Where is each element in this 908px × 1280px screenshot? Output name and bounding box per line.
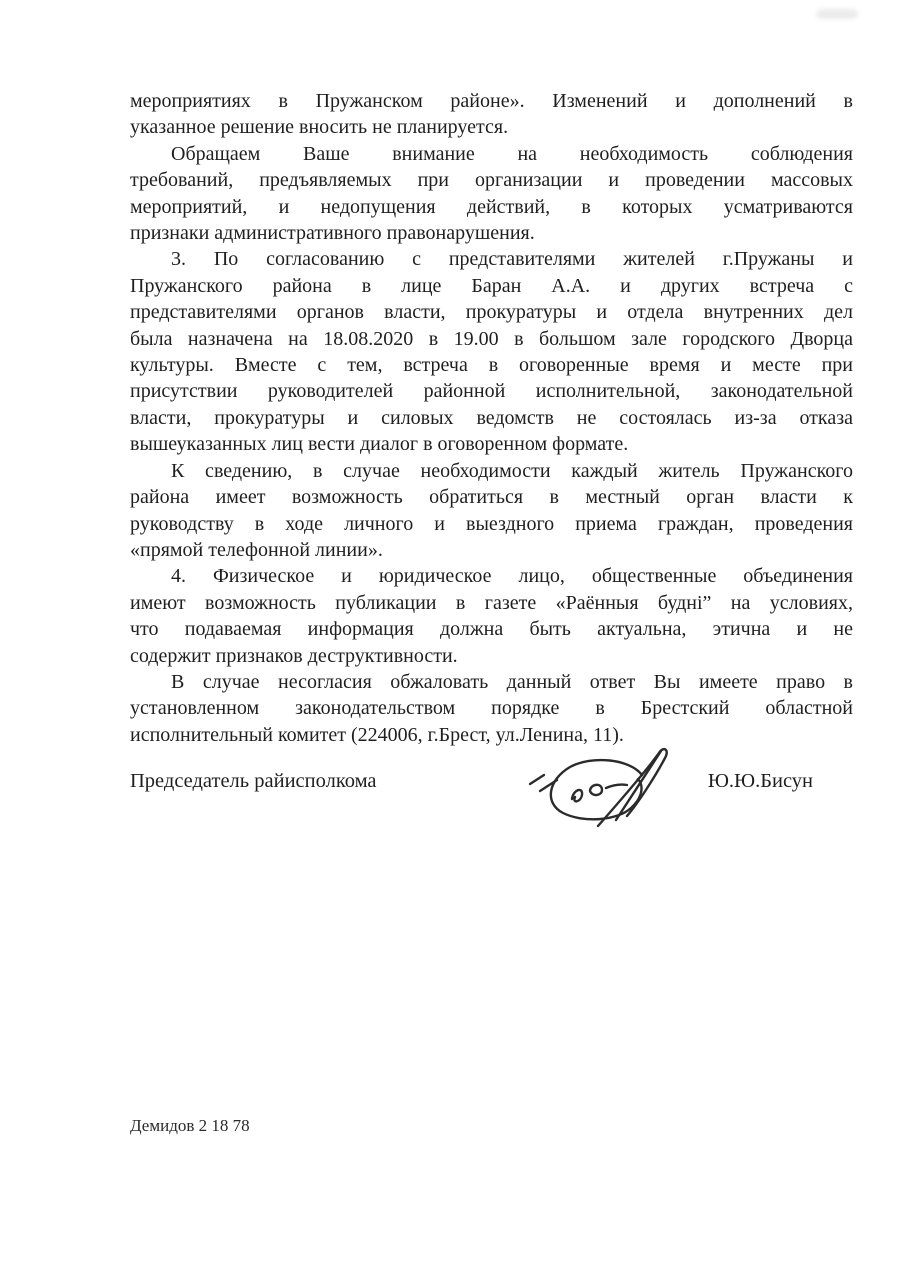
- text-line: Пружанского района в лице Баран А.А. и д…: [130, 273, 853, 299]
- text-line: 3. По согласованию с представителями жит…: [130, 246, 853, 272]
- document-body: мероприятиях в Пружанском районе». Измен…: [130, 88, 853, 795]
- text-line: содержит признаков деструктивности.: [130, 643, 853, 669]
- signature-row: Председатель райисполкома Ю.Ю.Бисун: [130, 768, 853, 794]
- text-line: района имеет возможность обратиться в ме…: [130, 484, 853, 510]
- text-line: В случае несогласия обжаловать данный от…: [130, 669, 853, 695]
- text-line: была назначена на 18.08.2020 в 19.00 в б…: [130, 326, 853, 352]
- handwritten-signature-icon: [520, 740, 680, 832]
- text-line: установленном законодательством порядке …: [130, 695, 853, 721]
- text-line: Обращаем Ваше внимание на необходимость …: [130, 141, 853, 167]
- paragraph: В случае несогласия обжаловать данный от…: [130, 669, 853, 748]
- paragraph: 3. По согласованию с представителями жит…: [130, 246, 853, 457]
- scan-artifact: [816, 9, 858, 19]
- text-line: указанное решение вносить не планируется…: [130, 114, 853, 140]
- executor-contact-note: Демидов 2 18 78: [130, 1116, 250, 1136]
- text-line: вышеуказанных лиц вести диалог в оговоре…: [130, 431, 853, 457]
- paragraph: Обращаем Ваше внимание на необходимость …: [130, 141, 853, 247]
- text-line: признаки административного правонарушени…: [130, 220, 853, 246]
- text-line: представителями органов власти, прокурат…: [130, 299, 853, 325]
- text-line: «прямой телефонной линии».: [130, 537, 853, 563]
- text-line: имеют возможность публикации в газете «Р…: [130, 590, 853, 616]
- text-line: 4. Физическое и юридическое лицо, общест…: [130, 563, 853, 589]
- text-line: культуры. Вместе с тем, встреча в оговор…: [130, 352, 853, 378]
- text-line: власти, прокуратуры и силовых ведомств н…: [130, 405, 853, 431]
- signatory-title: Председатель райисполкома: [130, 768, 377, 794]
- signatory-name: Ю.Ю.Бисун: [708, 768, 813, 794]
- scanned-document-page: мероприятиях в Пружанском районе». Измен…: [0, 0, 908, 1280]
- text-line: руководству в ходе личного и выездного п…: [130, 511, 853, 537]
- text-line: что подаваемая информация должна быть ак…: [130, 616, 853, 642]
- text-line: мероприятий, и недопущения действий, в к…: [130, 194, 853, 220]
- paragraph: мероприятиях в Пружанском районе». Измен…: [130, 88, 853, 141]
- text-line: мероприятиях в Пружанском районе». Измен…: [130, 88, 853, 114]
- text-line: присутствии руководителей районной испол…: [130, 378, 853, 404]
- text-line: исполнительный комитет (224006, г.Брест,…: [130, 722, 853, 748]
- text-line: требований, предъявляемых при организаци…: [130, 167, 853, 193]
- text-line: К сведению, в случае необходимости кажды…: [130, 458, 853, 484]
- paragraph: 4. Физическое и юридическое лицо, общест…: [130, 563, 853, 669]
- paragraph: К сведению, в случае необходимости кажды…: [130, 458, 853, 564]
